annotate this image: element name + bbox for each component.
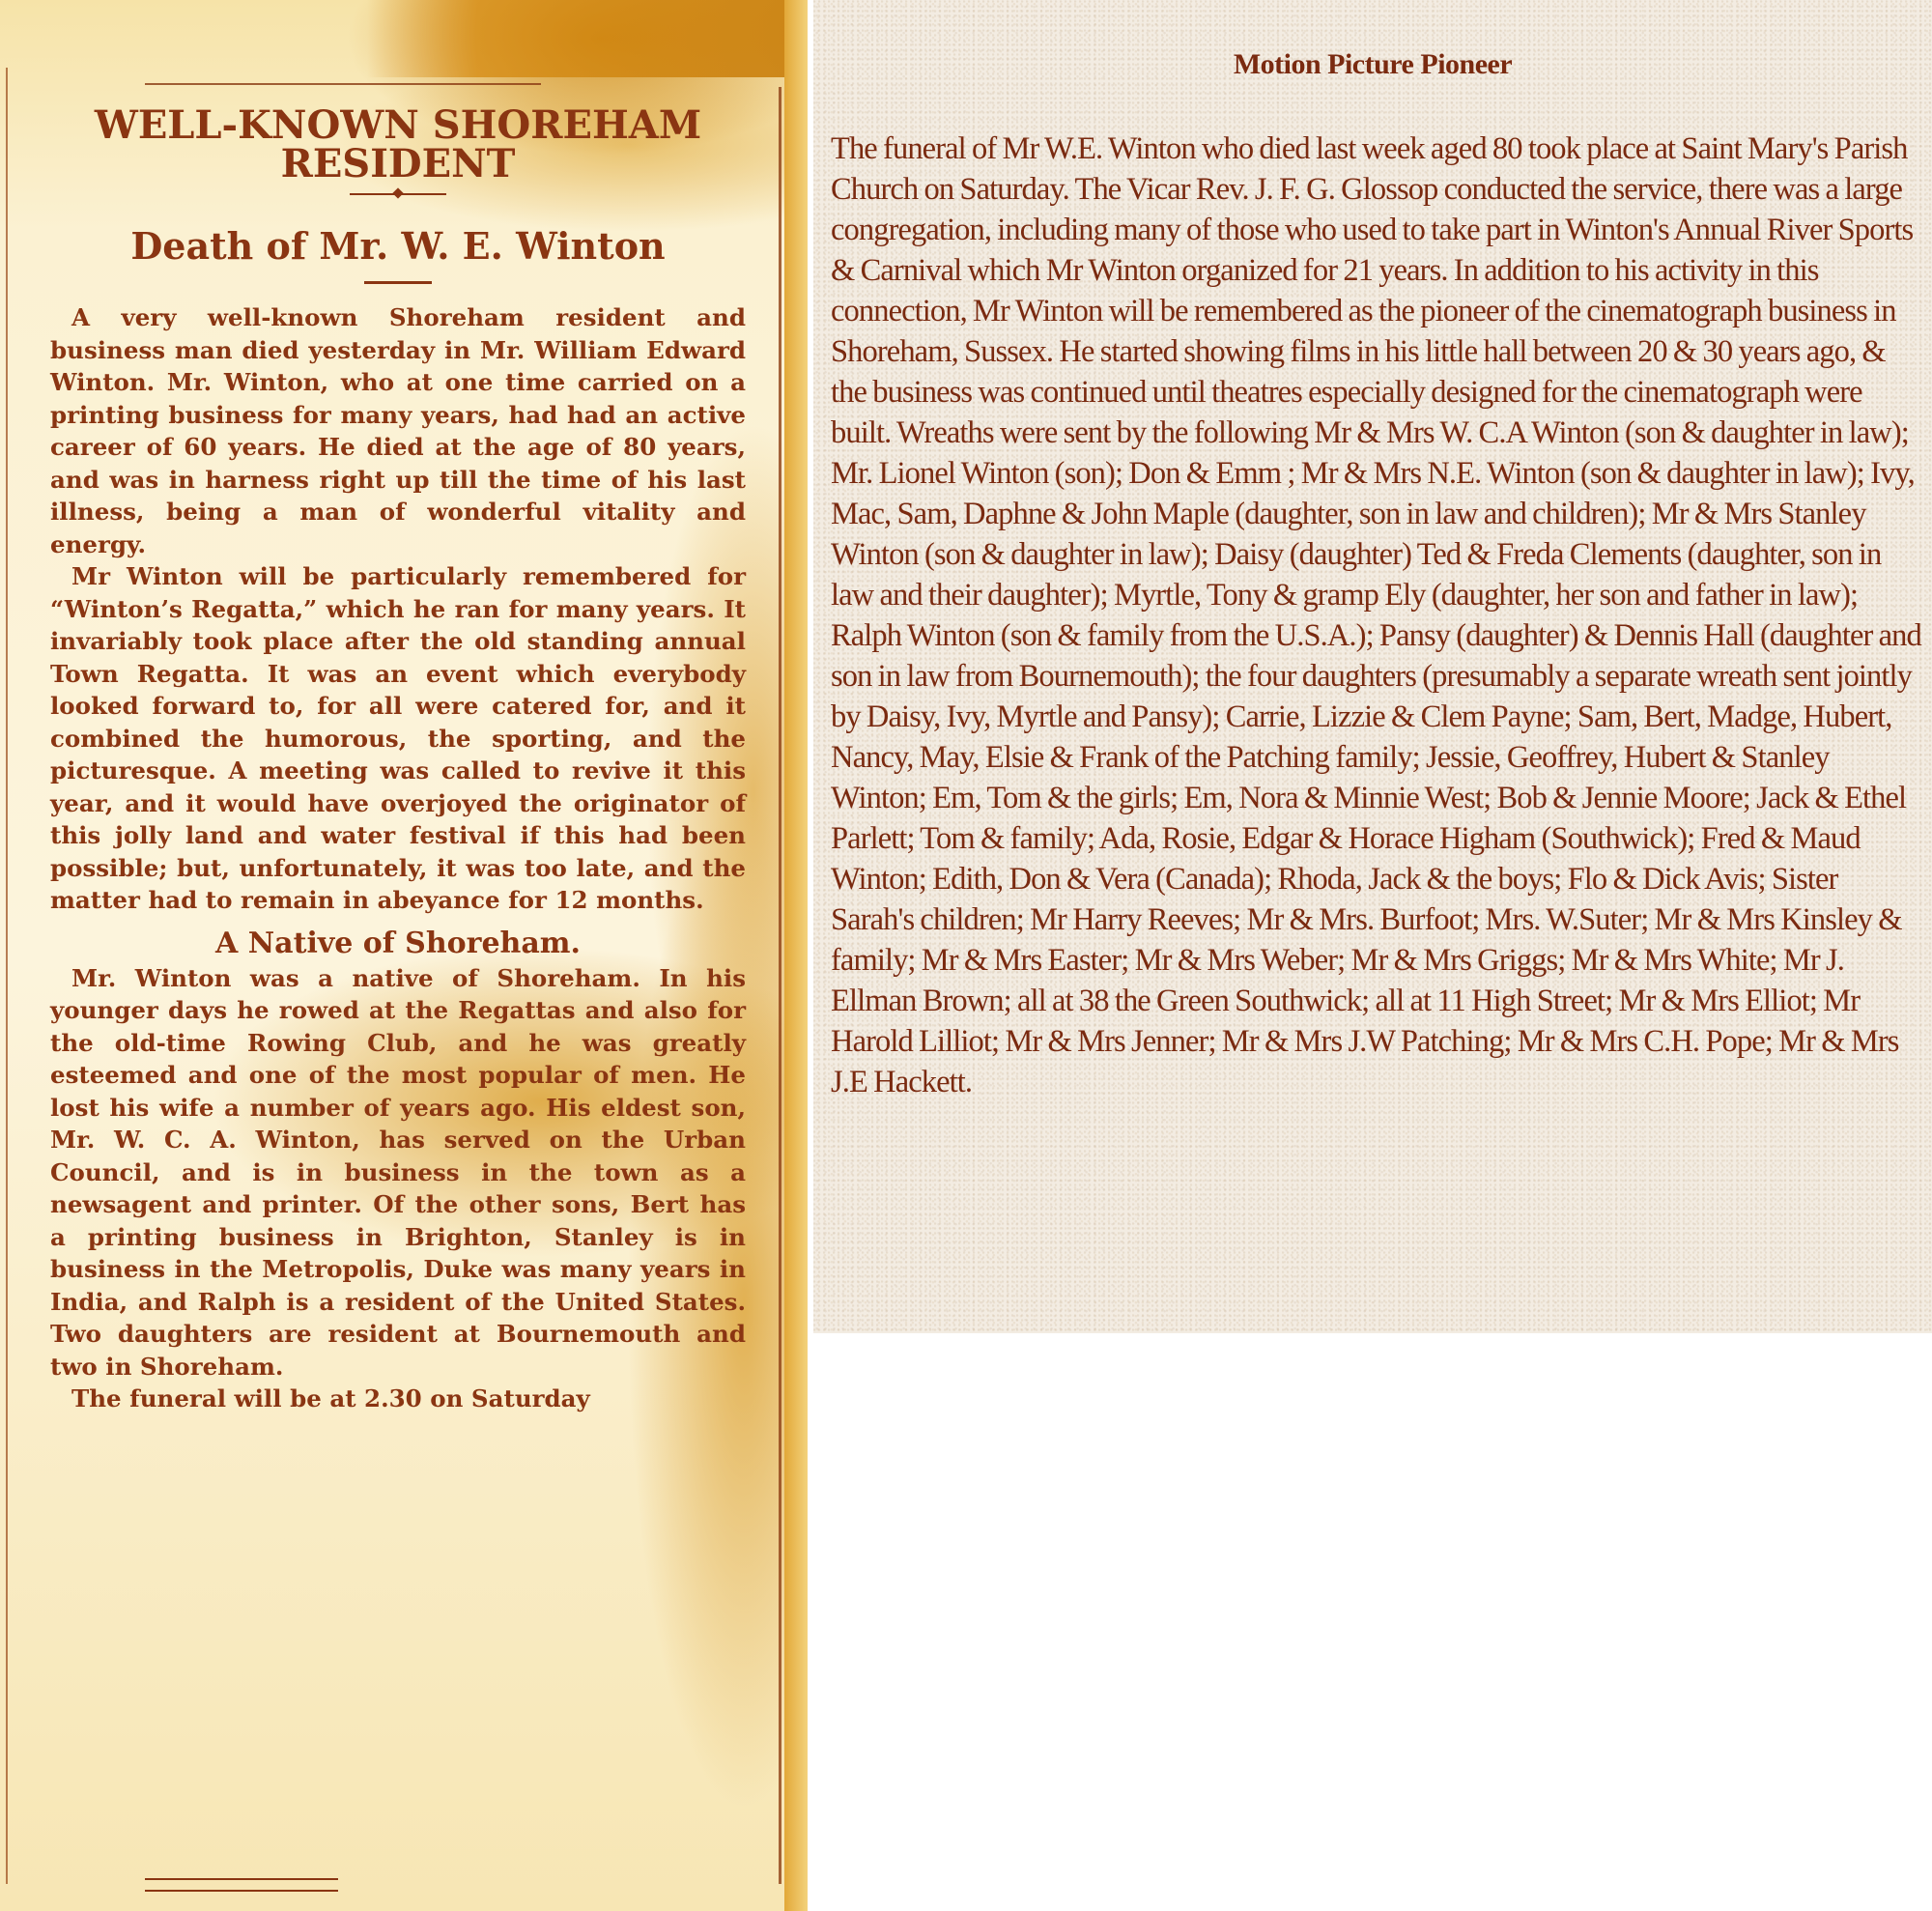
- column-rule-left: [6, 68, 8, 1884]
- clipping-subheadline: Death of Mr. W. E. Winton: [50, 224, 746, 268]
- transcription-body: The funeral of Mr W.E. Winton who died l…: [831, 128, 1922, 1102]
- clipping-paragraph: The funeral will be at 2.30 on Saturday: [50, 1383, 746, 1415]
- column-rule-right: [779, 87, 781, 1884]
- clipping-paragraph: A very well-known Shoreham resident and …: [50, 301, 746, 560]
- transcription-title: Motion Picture Pioneer: [813, 48, 1932, 81]
- clipping-article: WELL-KNOWN SHOREHAM RESIDENT Death of Mr…: [50, 97, 746, 1415]
- paper-stain: [367, 0, 808, 77]
- short-divider: [364, 281, 432, 284]
- bottom-double-rule: [145, 1878, 338, 1892]
- clipping-headline: WELL-KNOWN SHOREHAM RESIDENT: [50, 106, 746, 184]
- transcription-panel: Motion Picture Pioneer The funeral of Mr…: [813, 0, 1932, 1333]
- newspaper-clipping: WELL-KNOWN SHOREHAM RESIDENT Death of Mr…: [0, 0, 808, 1911]
- top-rule: [145, 83, 541, 85]
- clipping-paragraph: Mr Winton will be particularly remembere…: [50, 560, 746, 917]
- paper-edge: [784, 0, 808, 1911]
- clipping-paragraph: Mr. Winton was a native of Shoreham. In …: [50, 962, 746, 1383]
- clipping-section-heading: A Native of Shoreham.: [50, 927, 746, 960]
- ornamental-divider: [350, 193, 446, 195]
